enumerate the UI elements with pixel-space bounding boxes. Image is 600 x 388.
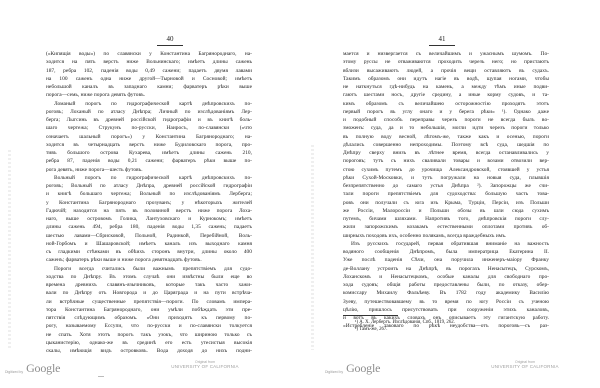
text-line: тали пороги препятствіемъ для судоходств… bbox=[343, 190, 549, 198]
text-line: съ гладкими стѣнками въ обѣихъ сторонъ в… bbox=[46, 248, 252, 256]
google-logo: Google bbox=[26, 361, 60, 376]
library-name: UNIVERSITY OF CALIFORNIA bbox=[145, 364, 265, 369]
digitized-by-label: Digitized by bbox=[5, 370, 23, 376]
text-line: первый порогъ въ углу онаго и у берега р… bbox=[343, 108, 549, 116]
text-line: рога девять, ниже порога—шесть футовъ. bbox=[46, 166, 252, 174]
google-watermark: Digitized by Google bbox=[5, 361, 60, 376]
library-name: UNIVERSITY OF CALIFORNIA bbox=[465, 364, 585, 369]
text-line: не наткнуться гдѣ-нибудь на камень, а ме… bbox=[343, 83, 549, 91]
text-line: дѣлались совершенно непроходимы. Поэтому… bbox=[343, 141, 549, 149]
text-line: безпрепятственно до самаго устья Днѣпра … bbox=[343, 182, 549, 190]
text-line: Уже послѣ паденія Сѣчи, она поручила инж… bbox=[343, 256, 549, 264]
text-line: Зуеву, путешествовавшему въ то время по … bbox=[343, 298, 549, 306]
text-line: наго, выше островомъ Голика, Лантуховска… bbox=[46, 215, 252, 223]
text-line: Изъ русскихъ государей, первая обративша… bbox=[343, 240, 549, 248]
text-line: тора Константина Багрянороднаго, они умѣ… bbox=[46, 306, 252, 314]
text-line: 187, ребра 102, паденія воды 0,49 сажени… bbox=[46, 67, 252, 75]
text-line: же Россіи, Малороссіи и Польши обозы въ … bbox=[343, 207, 549, 215]
text-line: мается и низвергается съ величайшимъ и у… bbox=[343, 50, 549, 58]
text-line: цѣлію, пришлось присутствовать при соору… bbox=[343, 306, 549, 314]
page-number: 41 bbox=[422, 35, 462, 43]
text-line: ходится на пять верстъ ниже Вольнинскаго… bbox=[46, 58, 252, 66]
text-line: вали по Днѣпру отъ Новгорода и до Царягр… bbox=[46, 289, 252, 297]
text-line: Лоханскомъ и Ненасытецкомъ, особые канал… bbox=[343, 273, 549, 281]
text-line: ширныхъ походовъ ихъ, особенно полякамъ,… bbox=[343, 232, 549, 240]
text-line: шестью лавами—Сбрисковой, Польной, Радин… bbox=[46, 232, 252, 240]
text-line: роговъ; Лоханый по атласу Днѣпра; Личный… bbox=[46, 108, 252, 116]
gutter-scan-marks bbox=[311, 145, 314, 350]
text-line: Днѣпру сверху внизъ въ лѣтнее время, все… bbox=[343, 149, 549, 157]
right-page: 41 мается и низвергается съ величайшимъ … bbox=[300, 0, 600, 388]
text-line: Вольный порогъ по гидрографической картѣ… bbox=[46, 174, 252, 182]
text-line: не спать. Хотя этотъ порогъ такъ узокъ, … bbox=[46, 331, 252, 339]
footnotes: ¹) А. Х. Лербергъ. Изслѣдованія, Спб., 1… bbox=[355, 319, 455, 333]
text-line: ровъ они получали съ юга изъ Крыма, Турц… bbox=[343, 199, 549, 207]
text-line: и подобный способъ переправы черезъ поро… bbox=[343, 116, 549, 124]
footnote-2: ²) Тамъ-же, 267. bbox=[355, 326, 455, 333]
text-line: этому руссы не отваживаются проходить че… bbox=[343, 58, 549, 66]
text-line: на 100 саженъ одна ниже другой—Тырновой … bbox=[46, 75, 252, 83]
text-line: кимъ образомъ съ величайшею осторожності… bbox=[343, 100, 549, 108]
text-line: тивъ большого острова Кухарева, имѣетъ д… bbox=[46, 149, 252, 157]
text-line: ходства по Днѣпру. Въ этомъ случаѣ они и… bbox=[46, 273, 252, 281]
text-line: путемъ, бичами шляхами. Напротивъ того, … bbox=[343, 215, 549, 223]
text-line: длины сажень 494, ребра 180, паденія вод… bbox=[46, 223, 252, 231]
page-body-text: («Кипящія воды») по славянски у Констант… bbox=[46, 50, 252, 355]
text-line: пороговъ; тутъ съ нихъ сваливали товары … bbox=[343, 157, 549, 165]
text-line: времена древнихъ славянъ-язычниковъ, кот… bbox=[46, 281, 252, 289]
google-logo: Google bbox=[346, 361, 380, 376]
text-line: Гадючій; находится на пять въ половиной … bbox=[46, 207, 252, 215]
text-line: порога—семь, ниже порога девять футовъ. bbox=[46, 91, 252, 99]
text-line: жили запорожскимъ козакамъ естественными… bbox=[343, 223, 549, 231]
text-line: комиссару Михаилу Фальѣеву. Въ 1782 году… bbox=[343, 289, 549, 297]
text-line: пятствія слѣдующимъ образомъ. «Они прихо… bbox=[46, 314, 252, 322]
text-line: рѣки Сухой-Московки, и тутъ погружали на… bbox=[343, 174, 549, 182]
text-line: ной-Горбомъ и Шашаровской; имѣетъ каналъ… bbox=[46, 240, 252, 248]
text-line: роговъ; Вольный по атласу Днѣпра, древне… bbox=[46, 182, 252, 190]
text-line: Пороги всегда считались были важнымъ пре… bbox=[46, 265, 252, 273]
text-line: стою сухимъ путемъ до урочища Александро… bbox=[343, 166, 549, 174]
text-line: саженъ; фарватеръ рѣки выше и ниже порог… bbox=[46, 256, 252, 264]
text-line: вблизи высаживаютъ людей, а прочія вещи … bbox=[343, 67, 549, 75]
text-line: и книгѣ большаго чертежа; Вольный по изс… bbox=[46, 190, 252, 198]
google-watermark: Digitized by Google bbox=[325, 361, 380, 376]
text-line: цыканистерію, однако-же въ срединѣ его е… bbox=[46, 339, 252, 347]
text-line: Ломаный порогъ по гидрографической картѣ… bbox=[46, 100, 252, 108]
footnote-1: ¹) А. Х. Лербергъ. Изслѣдованія, Спб., 1… bbox=[355, 319, 455, 326]
text-line: ребра 87, паденія воды 0,21 сажени; фарв… bbox=[46, 157, 252, 165]
text-line: у Константина Багрянороднаго прозуванъ; … bbox=[46, 199, 252, 207]
text-line: въ полную воду весной, лѣтомъ-же, также … bbox=[343, 133, 549, 141]
scan-edge-marks bbox=[8, 150, 11, 350]
origin-watermark: Original from UNIVERSITY OF CALIFORNIA bbox=[145, 360, 265, 369]
text-line: водяного сообщенія Днѣпромъ, была импера… bbox=[343, 248, 549, 256]
text-line: зможенъ: суда, да и то небольшія, могли … bbox=[343, 124, 549, 132]
text-line: гаютъ шестами носъ, другіе средину, а ин… bbox=[343, 91, 549, 99]
text-line: ходится въ четырнадцать верстъ ниже Буди… bbox=[46, 141, 252, 149]
left-page: 40 («Кипящія воды») по славянски у Конст… bbox=[0, 0, 300, 388]
page-number-rule bbox=[429, 45, 455, 46]
origin-watermark: Original from UNIVERSITY OF CALIFORNIA bbox=[465, 360, 585, 369]
text-line: ли встрѣчные существенные препятствія—по… bbox=[46, 298, 252, 306]
scan-mark bbox=[98, 376, 104, 377]
footnote-divider bbox=[343, 315, 398, 316]
text-line: рогу, называемому Ессупи, что по-русски … bbox=[46, 322, 252, 330]
text-line: («Кипящія воды») по славянски у Констант… bbox=[46, 50, 252, 58]
text-line: Такимъ образомъ они идутъ нагіе въ водѣ,… bbox=[343, 75, 549, 83]
text-line: де-Воллану устроить на Днѣпрѣ, въ порога… bbox=[343, 265, 549, 273]
page-number-rule bbox=[157, 45, 183, 46]
text-line: берга; Лыгсинь въ древней россійской гид… bbox=[46, 116, 252, 124]
page-number: 40 bbox=[150, 35, 190, 43]
text-line: скалы, имѣющія видъ островковъ. Вода дох… bbox=[46, 347, 252, 355]
digitized-by-label: Digitized by bbox=[325, 370, 343, 376]
page-body-text: мается и низвергается съ величайшимъ и у… bbox=[343, 50, 549, 331]
text-line: хода судовъ; общія работы предоставлены … bbox=[343, 281, 549, 289]
text-line: шаго чертежа; Струкунъ по-русски, Наирос… bbox=[46, 124, 252, 132]
text-line: небольшой каналъ въ западнаго камни; фар… bbox=[46, 83, 252, 91]
text-line: означаетъ шальный порогъ») у Константина… bbox=[46, 133, 252, 141]
